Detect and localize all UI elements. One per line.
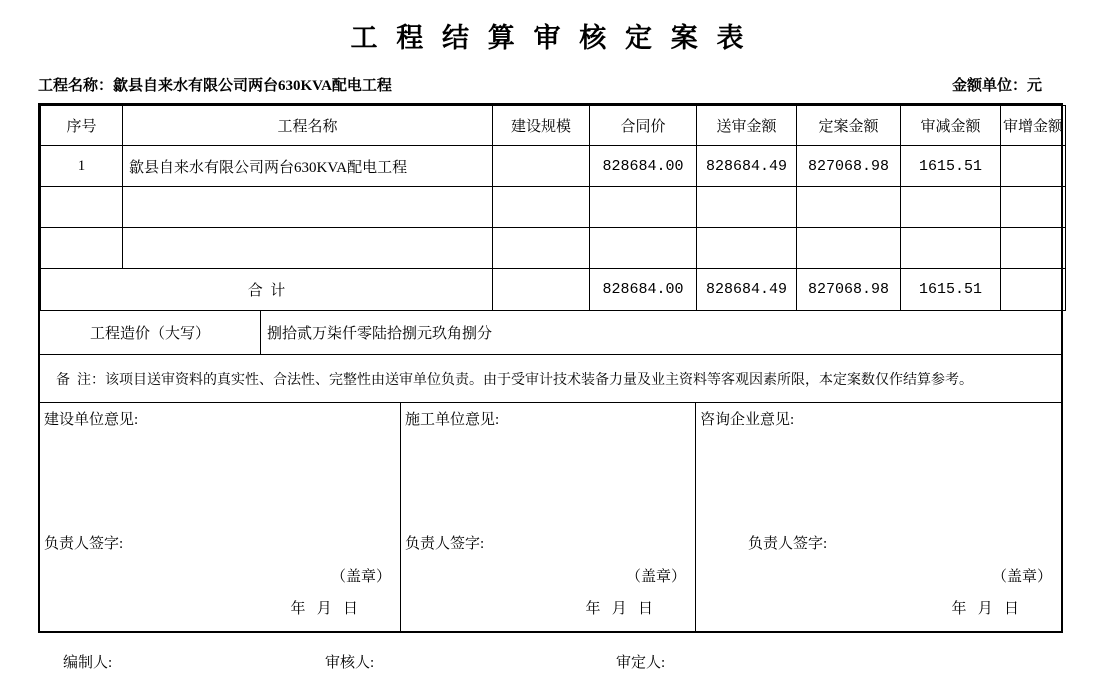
seal-label: （盖章） <box>331 565 391 586</box>
cell-finalized <box>797 228 901 269</box>
project-name-label: 工程名称：歙县自来水有限公司两台630KVA配电工程 <box>38 74 392 95</box>
total-contract: 828684.00 <box>590 269 697 311</box>
cell-contract: 828684.00 <box>590 146 697 187</box>
col-header-seq: 序号 <box>41 106 123 146</box>
total-scale <box>493 269 590 311</box>
date-label: 年 月 日 <box>290 597 358 618</box>
preparer-label: 编制人: <box>63 651 112 672</box>
col-header-reduced: 审减金额 <box>901 106 1001 146</box>
signature-label: 负责人签字: <box>405 532 484 553</box>
cell-increased <box>1001 146 1066 187</box>
cell-submitted <box>697 187 797 228</box>
reviewer-label: 审核人: <box>325 651 374 672</box>
table-row: 1 歙县自来水有限公司两台630KVA配电工程 828684.00 828684… <box>41 146 1066 187</box>
cell-scale <box>493 146 590 187</box>
col-header-contract: 合同价 <box>590 106 697 146</box>
cell-contract <box>590 187 697 228</box>
cell-scale <box>493 228 590 269</box>
cell-project-name <box>123 187 493 228</box>
date-label: 年 月 日 <box>585 597 653 618</box>
total-label: 合 计 <box>41 269 493 311</box>
cell-reduced: 1615.51 <box>901 146 1001 187</box>
table-row <box>41 228 1066 269</box>
cell-reduced <box>901 187 1001 228</box>
total-submitted: 828684.49 <box>697 269 797 311</box>
cell-seq <box>41 228 123 269</box>
cost-in-words-label: 工程造价（大写） <box>40 311 261 354</box>
page-title: 工 程 结 算 审 核 定 案 表 <box>0 16 1100 55</box>
date-label: 年 月 日 <box>951 597 1019 618</box>
opinion-title: 建设单位意见: <box>44 408 138 429</box>
cost-in-words-value: 捌拾贰万柒仟零陆拾捌元玖角捌分 <box>261 311 1061 354</box>
cell-submitted: 828684.49 <box>697 146 797 187</box>
cell-seq <box>41 187 123 228</box>
opinion-title: 施工单位意见: <box>405 408 499 429</box>
amount-unit-label: 金额单位：元 <box>952 74 1042 95</box>
cell-project-name: 歙县自来水有限公司两台630KVA配电工程 <box>123 146 493 187</box>
cell-scale <box>493 187 590 228</box>
opinion-title: 咨询企业意见: <box>700 408 794 429</box>
approver-label: 审定人: <box>616 651 665 672</box>
total-reduced: 1615.51 <box>901 269 1001 311</box>
col-header-project: 工程名称 <box>123 106 493 146</box>
cell-increased <box>1001 187 1066 228</box>
contractor-unit-opinion: 施工单位意见: 负责人签字: （盖章） 年 月 日 <box>401 403 696 631</box>
col-header-scale: 建设规模 <box>493 106 590 146</box>
cell-project-name <box>123 228 493 269</box>
summary-grid: 序号 工程名称 建设规模 合同价 送审金额 定案金额 审减金额 审增金额 1 歙… <box>40 105 1066 311</box>
signature-label: 负责人签字: <box>748 532 827 553</box>
main-table: 序号 工程名称 建设规模 合同价 送审金额 定案金额 审减金额 审增金额 1 歙… <box>38 103 1063 633</box>
total-increased <box>1001 269 1066 311</box>
cost-in-words-row: 工程造价（大写） 捌拾贰万柒仟零陆拾捌元玖角捌分 <box>40 311 1061 355</box>
meta-row: 工程名称：歙县自来水有限公司两台630KVA配电工程 金额单位：元 <box>38 74 1042 95</box>
seal-label: （盖章） <box>626 565 686 586</box>
table-header-row: 序号 工程名称 建设规模 合同价 送审金额 定案金额 审减金额 审增金额 <box>41 106 1066 146</box>
seal-label: （盖章） <box>992 565 1052 586</box>
cell-contract <box>590 228 697 269</box>
total-finalized: 827068.98 <box>797 269 901 311</box>
col-header-finalized: 定案金额 <box>797 106 901 146</box>
remark-row: 备 注：该项目送审资料的真实性、合法性、完整性由送审单位负责。由于受审计技术装备… <box>40 355 1061 403</box>
settlement-audit-form: 工 程 结 算 审 核 定 案 表 工程名称：歙县自来水有限公司两台630KVA… <box>0 0 1100 696</box>
table-row <box>41 187 1066 228</box>
total-row: 合 计 828684.00 828684.49 827068.98 1615.5… <box>41 269 1066 311</box>
col-header-increased: 审增金额 <box>1001 106 1066 146</box>
cell-reduced <box>901 228 1001 269</box>
cell-seq: 1 <box>41 146 123 187</box>
opinion-sections: 建设单位意见: 负责人签字: （盖章） 年 月 日 施工单位意见: 负责人签字:… <box>40 403 1061 631</box>
cell-finalized: 827068.98 <box>797 146 901 187</box>
consulting-firm-opinion: 咨询企业意见: 负责人签字: （盖章） 年 月 日 <box>696 403 1061 631</box>
col-header-submitted: 送审金额 <box>697 106 797 146</box>
cell-finalized <box>797 187 901 228</box>
construction-unit-opinion: 建设单位意见: 负责人签字: （盖章） 年 月 日 <box>40 403 401 631</box>
signature-label: 负责人签字: <box>44 532 123 553</box>
cell-increased <box>1001 228 1066 269</box>
cell-submitted <box>697 228 797 269</box>
